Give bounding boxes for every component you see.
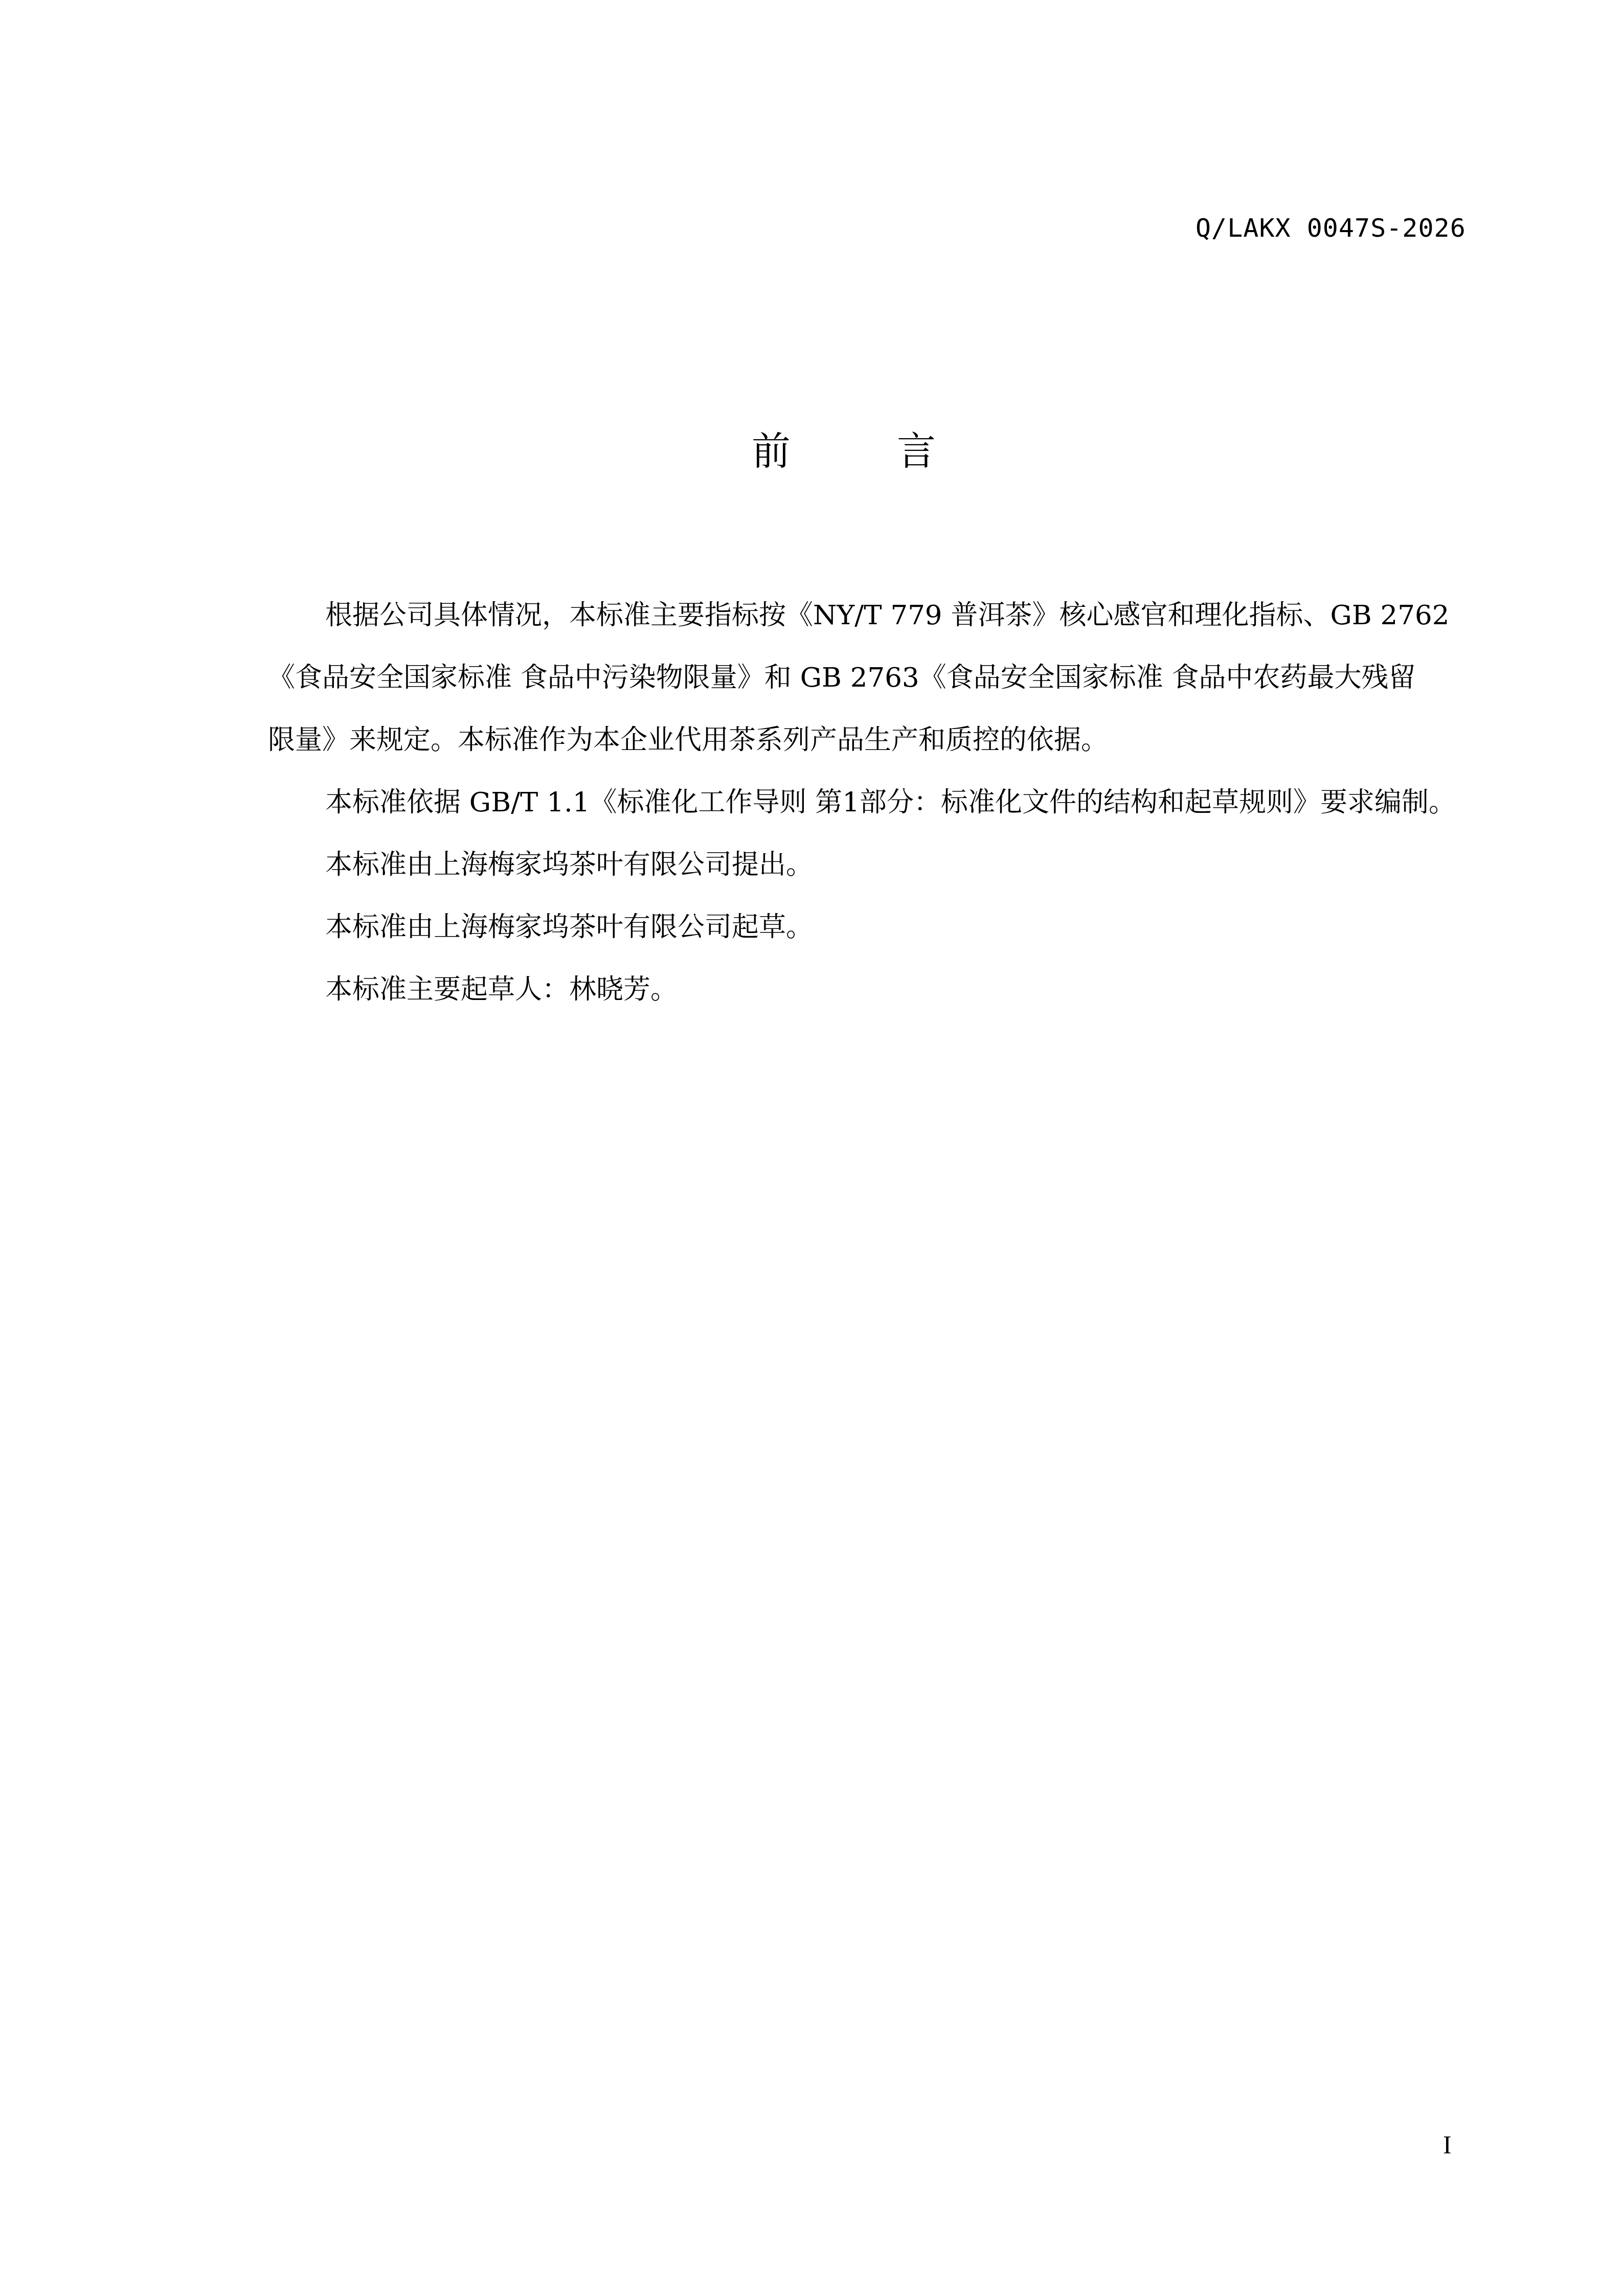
paragraph-line: 根据公司具体情况，本标准主要指标按《NY/T 779 普洱茶》核心感官和理化指标… — [268, 584, 1500, 647]
paragraph-proposed-by: 本标准由上海梅家坞茶叶有限公司提出。 — [268, 834, 1500, 896]
title-char-1: 前 — [752, 428, 791, 474]
paragraph-basis: 根据公司具体情况，本标准主要指标按《NY/T 779 普洱茶》核心感官和理化指标… — [268, 584, 1500, 771]
standard-code: Q/LAKX 0047S-2026 — [1196, 209, 1466, 247]
paragraph-line: 本标准由上海梅家坞茶叶有限公司起草。 — [268, 896, 1500, 959]
paragraph-main-drafter: 本标准主要起草人：林晓芳。 — [268, 959, 1500, 1021]
paragraph-line: 本标准依据 GB/T 1.1《标准化工作导则 第1部分：标准化文件的结构和起草规… — [268, 771, 1500, 834]
paragraph-drafted-by: 本标准由上海梅家坞茶叶有限公司起草。 — [268, 896, 1500, 959]
foreword-body: 根据公司具体情况，本标准主要指标按《NY/T 779 普洱茶》核心感官和理化指标… — [268, 584, 1500, 1021]
paragraph-line: 本标准由上海梅家坞茶叶有限公司提出。 — [268, 834, 1500, 896]
paragraph-drafting-rules: 本标准依据 GB/T 1.1《标准化工作导则 第1部分：标准化文件的结构和起草规… — [268, 771, 1500, 834]
page-number: I — [1443, 2127, 1452, 2163]
paragraph-line: 本标准主要起草人：林晓芳。 — [268, 959, 1500, 1021]
title-char-2: 言 — [897, 428, 936, 474]
page-title: 前 言 — [752, 428, 936, 474]
paragraph-line: 限量》来规定。本标准作为本企业代用茶系列产品生产和质控的依据。 — [268, 709, 1500, 771]
paragraph-line: 《食品安全国家标准 食品中污染物限量》和 GB 2763《食品安全国家标准 食品… — [268, 647, 1500, 709]
